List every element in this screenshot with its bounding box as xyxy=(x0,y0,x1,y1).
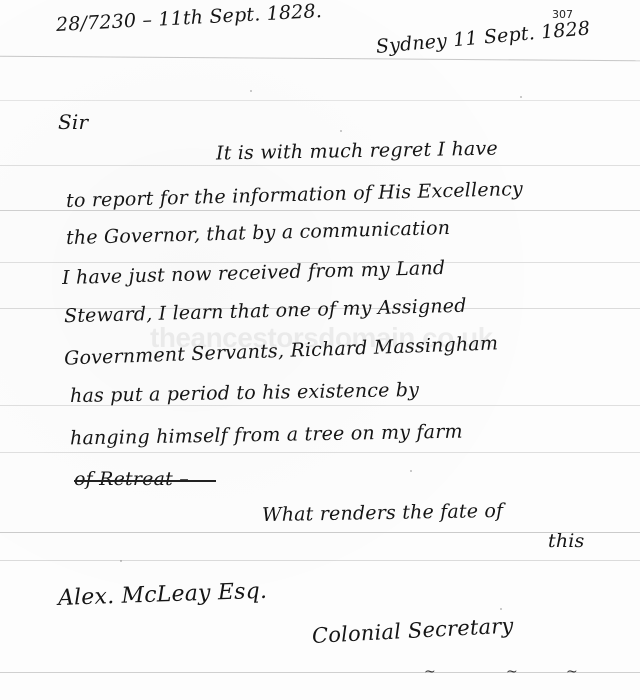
body-line: hanging himself from a tree on my farm xyxy=(70,421,463,450)
ruled-line xyxy=(0,560,640,561)
ruled-line xyxy=(0,100,640,101)
body-line: the Governor, that by a communication xyxy=(66,217,451,249)
salutation: Sir xyxy=(58,110,88,134)
ruled-line xyxy=(0,672,640,673)
body-line: has put a period to his existence by xyxy=(70,379,419,407)
scan-speck xyxy=(520,96,522,98)
scan-speck xyxy=(410,470,412,472)
scan-speck xyxy=(250,90,252,92)
body-line: this xyxy=(548,530,585,552)
body-line: It is with much regret I have xyxy=(216,138,498,165)
scan-speck xyxy=(120,560,122,562)
ditto-mark: ~ xyxy=(566,664,578,680)
addressee-name: Alex. McLeay Esq. xyxy=(58,579,268,611)
ditto-mark: ~ xyxy=(506,664,518,680)
scan-speck xyxy=(340,130,342,132)
manuscript-page: 307 28/7230 – 11th Sept. 1828. Sydney 11… xyxy=(0,0,640,700)
ruled-line xyxy=(0,165,640,166)
body-line: What renders the fate of xyxy=(262,500,504,526)
ruled-line xyxy=(0,532,640,533)
reference-number: 28/7230 – 11th Sept. 1828. xyxy=(55,0,322,36)
ruled-line xyxy=(0,56,640,61)
ruled-line xyxy=(0,452,640,453)
addressee-title: Colonial Secretary xyxy=(311,613,514,648)
place-and-date: Sydney 11 Sept. 1828 xyxy=(375,17,591,58)
body-line: of Retreat – xyxy=(74,468,189,490)
body-line: to report for the information of His Exc… xyxy=(66,178,523,212)
strike-mark xyxy=(74,480,216,482)
ditto-mark: ~ xyxy=(424,664,436,680)
scan-speck xyxy=(500,608,502,610)
